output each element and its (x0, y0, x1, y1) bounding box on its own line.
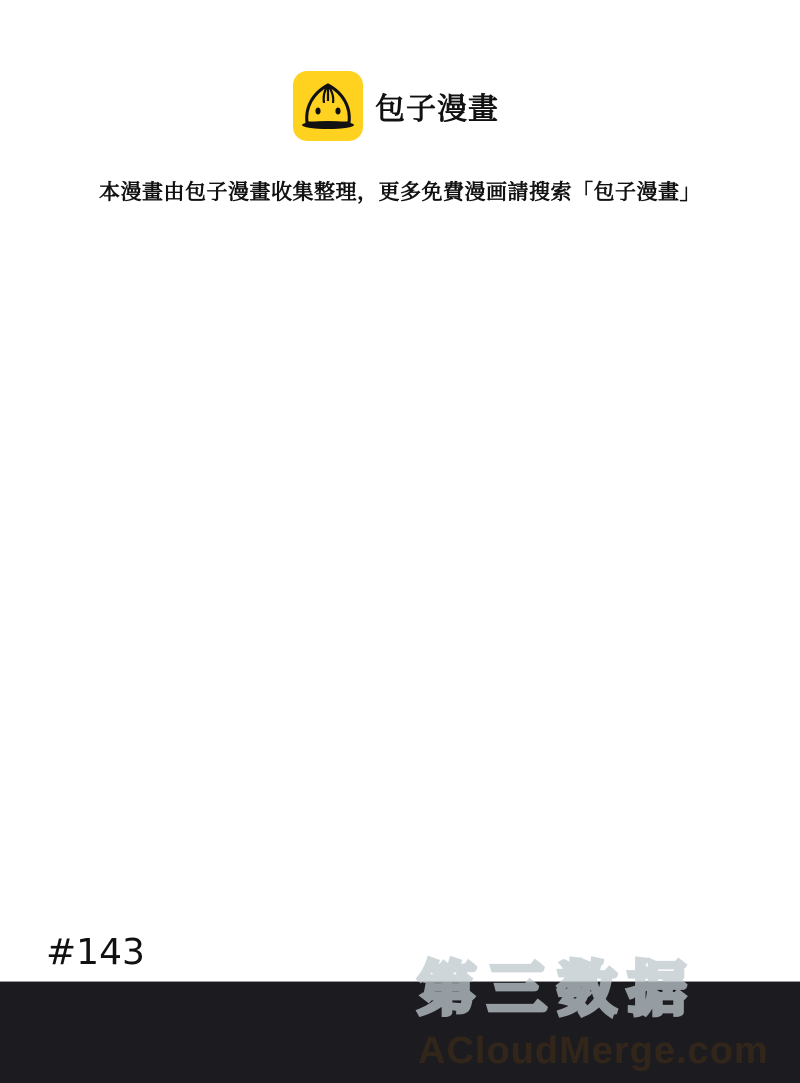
watermark-chinese: 第三数据 (418, 942, 698, 1026)
brand-header: 包子漫畫 (293, 71, 499, 141)
chapter-number: #143 (46, 932, 145, 973)
steamed-bun-icon (293, 71, 363, 141)
source-notice: 本漫畫由包子漫畫收集整理，更多免費漫画請搜索「包子漫畫」 (0, 176, 800, 206)
watermark-english: ACloudMerge.com (418, 1030, 769, 1073)
brand-name: 包子漫畫 (375, 84, 499, 128)
